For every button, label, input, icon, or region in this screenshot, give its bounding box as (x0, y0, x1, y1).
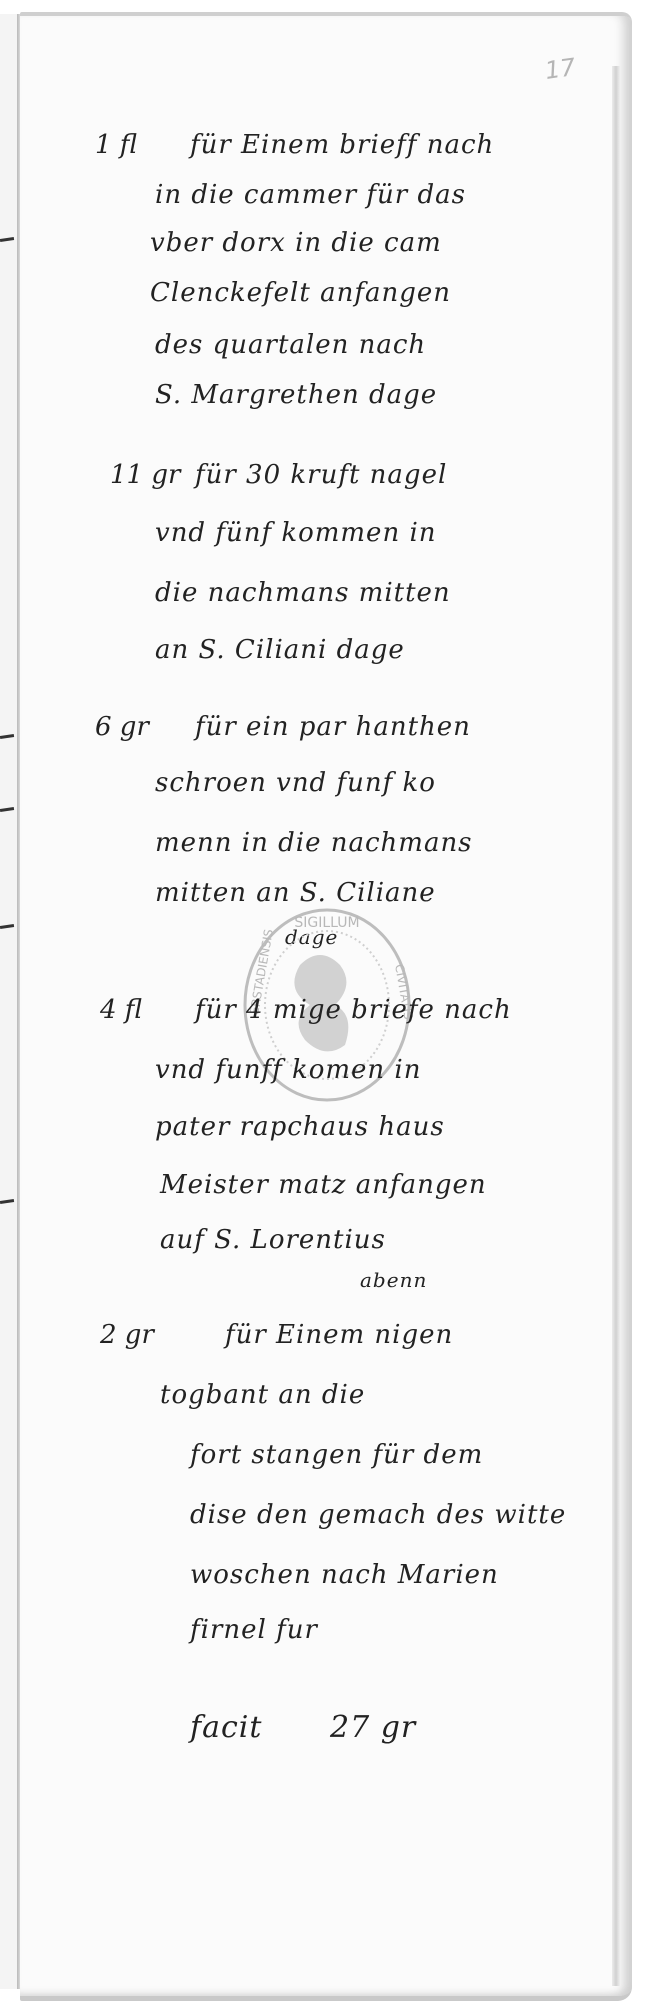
total-label: facit (190, 1710, 262, 1745)
folio-number: 17 (543, 53, 577, 85)
entry-amount: 4 fl (100, 995, 142, 1025)
entry-line: abenn (360, 1268, 427, 1292)
entry-amount: 2 gr (100, 1320, 154, 1350)
entry-line: woschen nach Marien (190, 1560, 499, 1590)
entry-line: an S. Ciliani dage (155, 635, 405, 665)
entry-line: vnd funff komen in (155, 1055, 422, 1085)
entry-line: Clenckefelt anfangen (150, 278, 451, 308)
entry-line: menn in die nachmans (155, 828, 473, 858)
entry-line: schroen vnd funf ko (155, 768, 436, 798)
entry-line: die nachmans mitten (155, 578, 451, 608)
total-value: 27 gr (330, 1710, 416, 1745)
entry-line: firnel fur (190, 1615, 318, 1645)
entry-line: auf S. Lorentius (160, 1225, 386, 1255)
entry-line: des quartalen nach (155, 330, 426, 360)
entry-line: vber dorx in die cam (150, 228, 442, 258)
entry-line: mitten an S. Ciliane (155, 878, 436, 908)
entry-line: S. Margrethen dage (155, 380, 437, 410)
gutter-fold (17, 14, 20, 1989)
entry-line: in die cammer für das (155, 180, 466, 210)
entry-line: für Einem nigen (225, 1320, 453, 1350)
entry-line: Meister matz anfangen (160, 1170, 487, 1200)
svg-text:SIGILLUM: SIGILLUM (294, 915, 359, 931)
entry-line: für ein par hanthen (195, 712, 471, 742)
entry-amount: 1 fl (95, 130, 137, 160)
entry-line: vnd fünf kommen in (155, 518, 437, 548)
entry-line: fort stangen für dem (190, 1440, 483, 1470)
entry-line: dise den gemach des witte (190, 1500, 566, 1530)
entry-line: für 30 kruft nagel (195, 460, 447, 490)
entry-line: pater rapchaus haus (155, 1112, 445, 1142)
entry-line: togbant an die (160, 1380, 365, 1410)
entry-line: für 4 mige briefe nach (195, 995, 512, 1025)
entry-line: für Einem brieff nach (190, 130, 494, 160)
leaf-right-edge (612, 66, 620, 1986)
entry-amount: 11 gr (110, 460, 180, 490)
manuscript-scan: 17 1 fl für Einem brieff nach in die cam… (0, 0, 652, 2010)
entry-amount: 6 gr (95, 712, 149, 742)
